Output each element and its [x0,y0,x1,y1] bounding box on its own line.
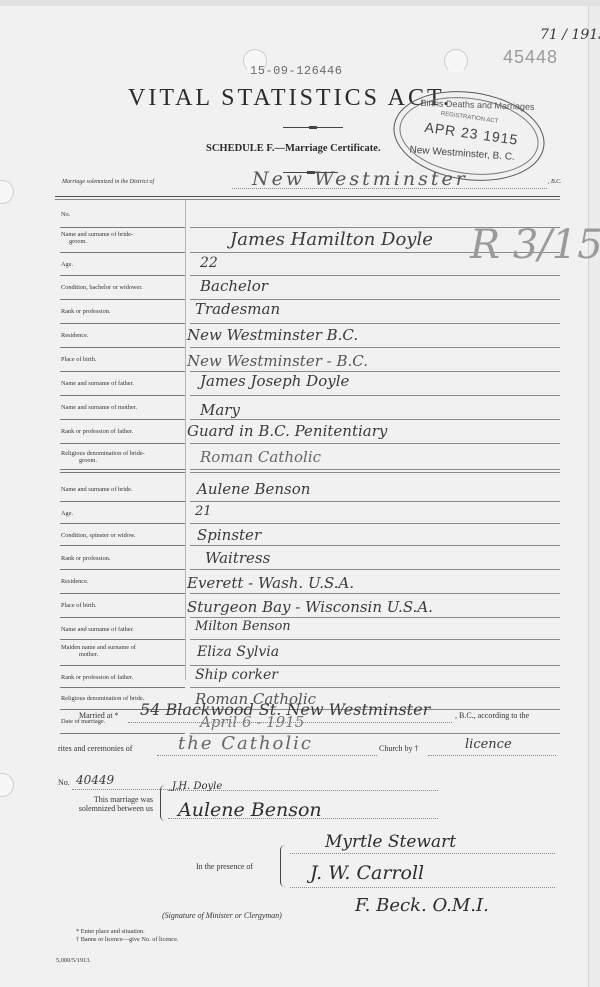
district-suffix: , B.C. [548,179,562,185]
church-by-line [428,755,556,756]
bc-suffix: , B.C., according to the [455,711,529,720]
solemnized-label-line1: This marriage was [94,795,153,804]
groom-name: James Hamilton Doyle [230,229,433,250]
licence-no-label: No. [58,778,70,787]
table-row: Name and surname of mother. Mary [55,395,560,419]
married-at-line [128,722,452,723]
page-top-edge [0,0,600,6]
footnotes: * Enter place and situation. † Banns or … [76,928,178,944]
footnote-licence: † Banns or licence—give No. of licence. [76,936,178,944]
groom-birthplace: New Westminster - B.C. [187,352,368,370]
solemnized-label: This marriage wassolemnized between us [78,795,153,813]
bride-residence: Everett - Wash. U.S.A. [187,574,354,592]
bride-age: 21 [195,504,212,519]
witness-1-line [290,853,555,854]
table-row: Rank or profession. Waitress [55,545,560,569]
table-row: Age. 21 [55,501,560,523]
minister-signature: F. Beck. O.M.I. [355,895,489,916]
groom-age: 22 [200,255,218,271]
row-label: Name and surname of bride- [61,231,133,238]
table-row: Name and surname of father. James Joseph… [55,371,560,395]
signatures-brace [160,785,165,821]
groom-condition: Bachelor [200,277,268,295]
table-row: Rank or profession. Tradesman [55,299,560,323]
bride-condition: Spinster [197,526,261,544]
bride-profession: Waitress [205,549,270,567]
schedule-heading: SCHEDULE F.—Marriage Certificate. [206,143,381,154]
groom-residence: New Westminster B.C. [187,326,358,344]
table-row: Condition, spinster or widow. Spinster [55,523,560,545]
table-row: Condition, bachelor or widower. Bachelor [55,275,560,299]
table-row: Religious denomination of bride-groom. R… [55,443,560,475]
married-at-label: Married at * [79,711,119,720]
pencil-margin-note: R 3/15 [470,225,600,265]
groom-father-name: James Joseph Doyle [200,372,349,390]
groom-mother-name: Mary [200,401,240,419]
solemnized-label-line2: solemnized between us [79,804,153,813]
church-by-label: Church by † [379,744,419,753]
bride-father-profession: Ship corker [195,667,278,683]
licence-no-value: 40449 [76,773,114,787]
row-label-continued: mother. [61,651,98,658]
title-ornament-rule [283,127,343,128]
table-row: Residence. Everett - Wash. U.S.A. [55,569,560,593]
table-row: Place of birth. New Westminster - B.C. [55,347,560,371]
row-label-continued: groom. [61,457,97,464]
bride-mother-name: Eliza Sylvia [197,644,279,660]
groom-religion: Roman Catholic [200,448,321,466]
witness-1-signature: Myrtle Stewart [325,832,456,852]
presence-label: In the presence of [196,862,253,871]
rites-label: rites and ceremonies of [58,744,132,753]
rites-value: the Catholic [178,733,313,754]
district-label: Marriage solemnized in the District of [62,179,154,185]
row-label: Maiden name and surname of [61,644,136,651]
table-row: Name and surname of father. Milton Benso… [55,617,560,639]
row-label: Religious denomination of bride- [61,450,145,457]
groom-signature: J.H. Doyle [172,781,222,792]
table-top-rule-inner [55,199,560,200]
witness-2-signature: J. W. Carroll [310,862,424,884]
bride-name: Aulene Benson [197,480,310,498]
district-value: New Westminster [252,168,468,190]
row-label-continued: groom. [61,238,87,245]
print-code: 5,000/5/1913. [56,957,91,965]
witness-2-line [290,887,555,888]
pencil-annotation-top: 71 / 1915 [540,28,600,42]
minister-label: (Signature of Minister or Clergyman) [162,911,282,920]
rites-line [157,755,377,756]
serial-number: 15-09-126446 [250,64,342,78]
file-number: 45448 [503,47,558,68]
table-row: Rank or profession of father. Ship corke… [55,665,560,687]
groom-profession: Tradesman [195,300,280,318]
table-row: Maiden name and surname ofmother. Eliza … [55,639,560,665]
bride-signature: Aulene Benson [178,799,322,821]
bride-birthplace: Sturgeon Bay - Wisconsin U.S.A. [187,598,433,616]
married-at-value: 54 Blackwood St. New Westminster [140,700,430,719]
witnesses-brace [280,845,285,887]
table-row: Name and surname of bride. Aulene Benson [55,475,560,499]
table-top-rule [55,196,560,197]
church-by-value: licence [465,737,512,752]
table-row: Residence. New Westminster B.C. [55,323,560,347]
bride-father-name: Milton Benson [195,619,291,634]
punch-hole-right [444,49,468,73]
row-label: No. [61,211,236,218]
table-row: Rank or profession of father. Guard in B… [55,419,560,443]
table-row: Place of birth. Sturgeon Bay - Wisconsin… [55,593,560,617]
footnote-place: * Enter place and situation. [76,928,178,936]
groom-father-profession: Guard in B.C. Penitentiary [187,422,387,440]
